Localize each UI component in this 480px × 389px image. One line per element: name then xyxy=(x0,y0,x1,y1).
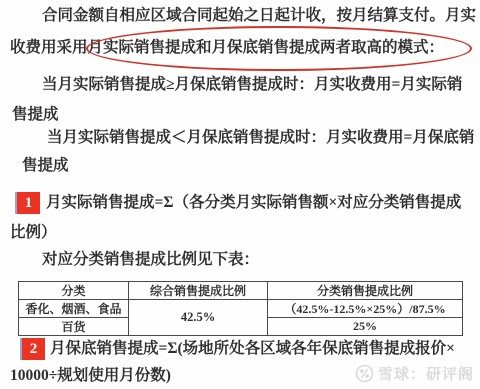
watermark: 雪球：研评阁 xyxy=(355,363,474,384)
paragraph3-line1: 当月实际销售提成＜月保底销售提成时：月实收费用=月保底销 xyxy=(47,129,474,147)
cell-classified-rate-2: 25% xyxy=(268,318,463,336)
watermark-text: 雪球：研评阁 xyxy=(378,363,474,384)
cell-category-1: 香化、烟酒、食品 xyxy=(19,300,129,318)
table-header-row: 分类 综合销售提成比例 分类销售提成比例 xyxy=(19,282,463,300)
paragraph1-line1: 合同金额自相应区域合同起始之日起计收，按月结算支付。月实 xyxy=(42,7,476,25)
cell-classified-rate-1: （42.5%-12.5%×25%）/87.5% xyxy=(268,300,463,318)
item1-line2: 比例） xyxy=(10,224,57,242)
header-category: 分类 xyxy=(19,282,129,300)
red-number-marker-1: 1 xyxy=(17,192,40,214)
red-number-marker-2: 2 xyxy=(22,338,45,360)
cell-category-2: 百货 xyxy=(19,318,129,336)
item2-line1: 月保底销售提成=Σ(场地所处各区域各年保底销售提成报价× xyxy=(50,340,455,358)
table-intro-line: 对应分类销售提成比例见下表： xyxy=(42,251,259,269)
commission-rate-table: 分类 综合销售提成比例 分类销售提成比例 香化、烟酒、食品 42.5% （42.… xyxy=(18,281,463,336)
header-combined-rate: 综合销售提成比例 xyxy=(129,282,268,300)
xueqiu-logo-icon xyxy=(355,364,374,383)
document-page: 合同金额自相应区域合同起始之日起计收，按月结算支付。月实 收费用采用月实际销售提… xyxy=(0,0,480,389)
paragraph2-line1: 当月实际销售提成≥月保底销售提成时：月实收费用=月实际销 xyxy=(42,76,462,94)
header-classified-rate: 分类销售提成比例 xyxy=(268,282,463,300)
paragraph2-line2: 售提成 xyxy=(12,106,59,124)
paragraph1-line2: 收费用采用月实际销售提成和月保底销售提成两者取高的模式： xyxy=(10,39,444,57)
item2-line2: 10000÷规划使用月份数) xyxy=(10,367,171,385)
paragraph3-line2: 售提成 xyxy=(22,157,69,175)
table-row: 香化、烟酒、食品 42.5% （42.5%-12.5%×25%）/87.5% xyxy=(19,300,463,318)
cell-combined-rate: 42.5% xyxy=(129,300,268,336)
item1-line1: 月实际销售提成=Σ（各分类月实际销售额×对应分类销售提成 xyxy=(46,194,461,212)
